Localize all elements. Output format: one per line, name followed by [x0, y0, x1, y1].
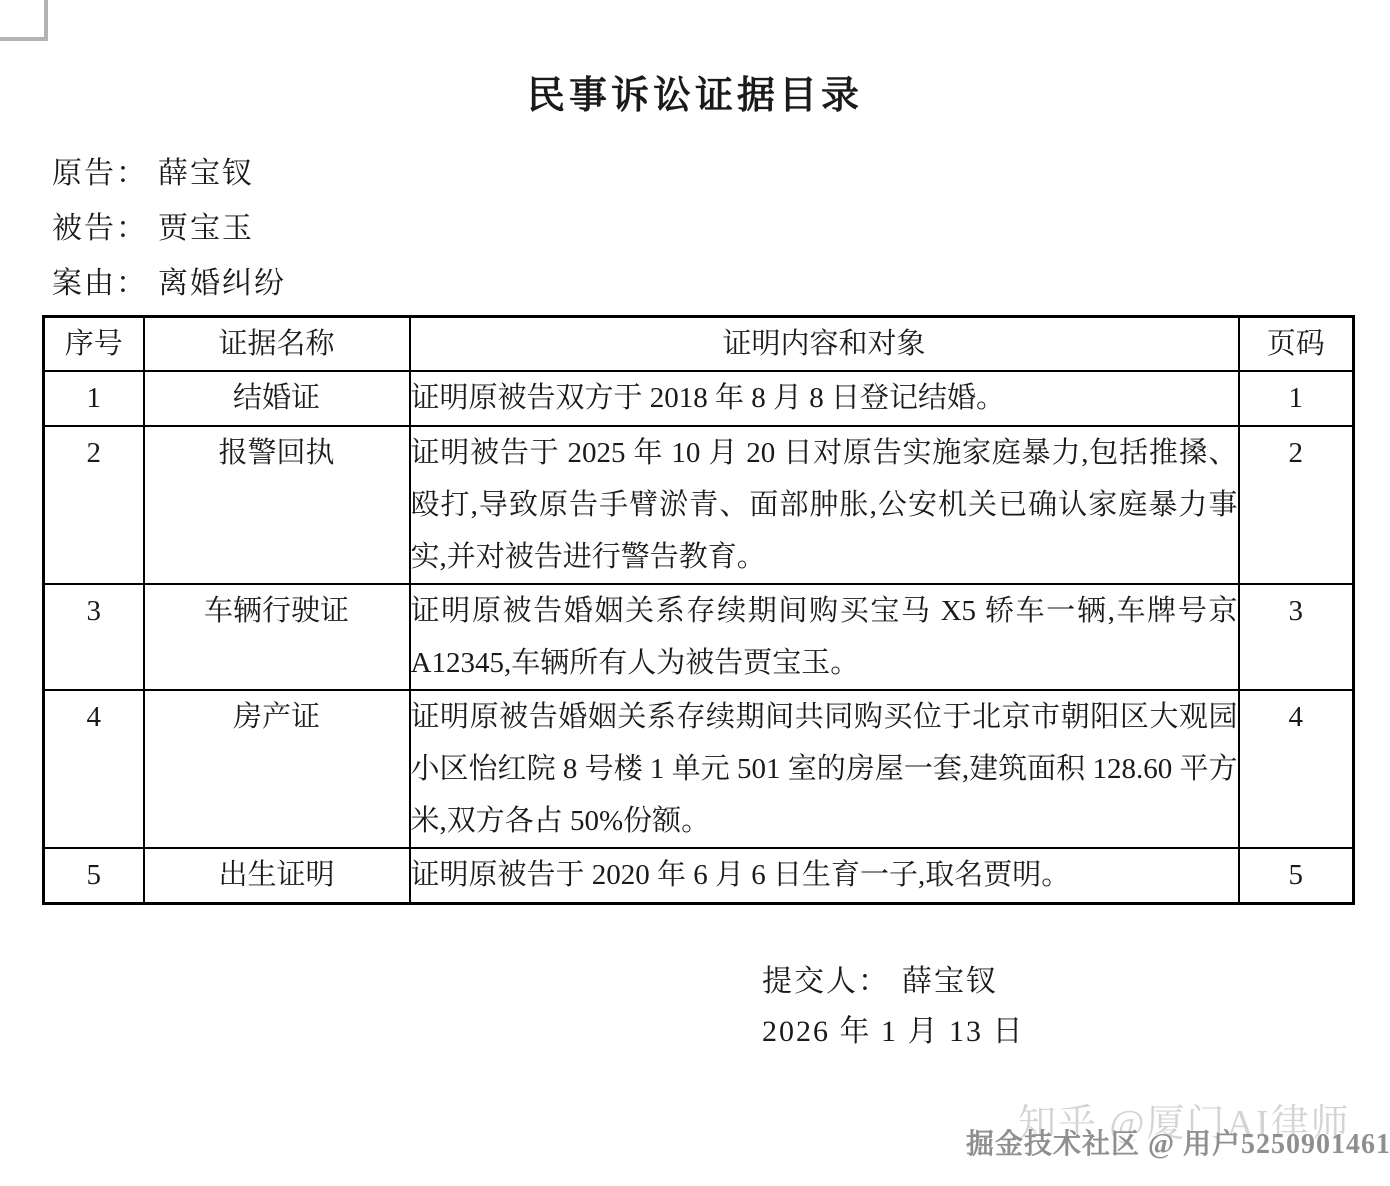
table-row: 2 报警回执 证明被告于 2025 年 10 月 20 日对原告实施家庭暴力,包…	[44, 426, 1354, 584]
row-no: 1	[44, 371, 144, 426]
submitter-name: 薛宝钗	[902, 965, 998, 998]
table-row: 3 车辆行驶证 证明原被告婚姻关系存续期间购买宝马 X5 轿车一辆,车牌号京 A…	[44, 584, 1354, 690]
defendant-label: 被告：	[52, 212, 148, 245]
col-header-content: 证明内容和对象	[410, 317, 1239, 372]
corner-crop-mark	[0, 0, 48, 41]
cause-name: 离婚纠纷	[158, 267, 286, 300]
cause-label: 案由：	[52, 267, 148, 300]
col-header-page: 页码	[1239, 317, 1354, 372]
table-row: 1 结婚证 证明原被告双方于 2018 年 8 月 8 日登记结婚。 1	[44, 371, 1354, 426]
row-no: 3	[44, 584, 144, 690]
page-title: 民事诉讼证据目录	[0, 70, 1390, 122]
evidence-content: 证明原被告婚姻关系存续期间购买宝马 X5 轿车一辆,车牌号京 A12345,车辆…	[410, 584, 1239, 690]
page-number: 1	[1239, 371, 1354, 426]
evidence-name: 出生证明	[144, 848, 410, 904]
submitter-line: 提交人：薛宝钗	[762, 957, 1390, 1007]
evidence-name: 报警回执	[144, 426, 410, 584]
watermark-zhihu: 知乎 @厦门AI律师	[1018, 1092, 1351, 1147]
row-no: 5	[44, 848, 144, 904]
table-row: 5 出生证明 证明原被告于 2020 年 6 月 6 日生育一子,取名贾明。 5	[44, 848, 1354, 904]
evidence-content: 证明被告于 2025 年 10 月 20 日对原告实施家庭暴力,包括推搡、殴打,…	[410, 426, 1239, 584]
evidence-content: 证明原被告于 2020 年 6 月 6 日生育一子,取名贾明。	[410, 848, 1239, 904]
col-header-no: 序号	[44, 317, 144, 372]
plaintiff-name: 薛宝钗	[158, 157, 254, 190]
date-line: 2026 年 1 月 13 日	[762, 1007, 1390, 1057]
watermark-juejin: 掘金技术社区 @ 用户52509014618	[966, 1122, 1390, 1162]
table-header-row: 序号 证据名称 证明内容和对象 页码	[44, 317, 1354, 372]
row-no: 2	[44, 426, 144, 584]
evidence-name: 车辆行驶证	[144, 584, 410, 690]
page-number: 4	[1239, 690, 1354, 848]
plaintiff-line: 原告：薛宝钗	[52, 146, 1390, 201]
case-info: 原告：薛宝钗 被告：贾宝玉 案由：离婚纠纷	[52, 146, 1390, 311]
evidence-table: 序号 证据名称 证明内容和对象 页码 1 结婚证 证明原被告双方于 2018 年…	[42, 315, 1355, 905]
evidence-name: 房产证	[144, 690, 410, 848]
table-row: 4 房产证 证明原被告婚姻关系存续期间共同购买位于北京市朝阳区大观园小区怡红院 …	[44, 690, 1354, 848]
col-header-evidence-name: 证据名称	[144, 317, 410, 372]
defendant-line: 被告：贾宝玉	[52, 201, 1390, 256]
page-number: 5	[1239, 848, 1354, 904]
submitter-label: 提交人：	[762, 965, 890, 998]
page-number: 3	[1239, 584, 1354, 690]
page-number: 2	[1239, 426, 1354, 584]
evidence-content: 证明原被告双方于 2018 年 8 月 8 日登记结婚。	[410, 371, 1239, 426]
evidence-name: 结婚证	[144, 371, 410, 426]
defendant-name: 贾宝玉	[158, 212, 254, 245]
row-no: 4	[44, 690, 144, 848]
plaintiff-label: 原告：	[52, 157, 148, 190]
evidence-content: 证明原被告婚姻关系存续期间共同购买位于北京市朝阳区大观园小区怡红院 8 号楼 1…	[410, 690, 1239, 848]
footer: 提交人：薛宝钗 2026 年 1 月 13 日	[762, 957, 1390, 1057]
cause-line: 案由：离婚纠纷	[52, 256, 1390, 311]
